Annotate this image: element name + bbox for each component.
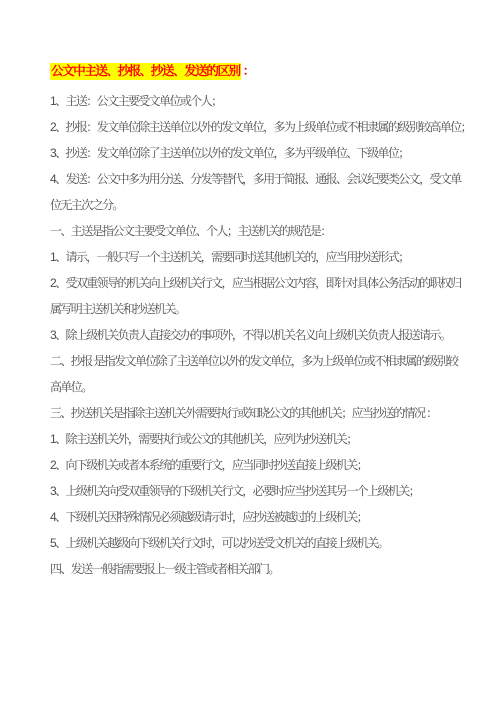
paragraph-line: 4、下级机关因特殊情况必须越级请示时，应抄送被越过的上级机关；: [50, 504, 480, 530]
paragraph-line: 1、除主送机关外，需要执行或公文的其他机关，应列为抄送机关；: [50, 426, 480, 452]
paragraph-line: 5、上级机关越级向下级机关行文时，可以抄送受文机关的直接上级机关。: [50, 530, 480, 556]
paragraph-line: 2、向下级机关或者本系统的重要行文，应当同时抄送直接上级机关；: [50, 452, 480, 478]
paragraph-line: 四、发送一般指需要报上一级主管或者相关部门。: [50, 556, 480, 582]
paragraph-line: 3、抄送：发文单位除了主送单位以外的发文单位，多为平级单位、下级单位；: [50, 140, 480, 166]
paragraph-line: 属写明主送机关和抄送机关。: [50, 296, 480, 322]
document-title-colon: ：: [241, 64, 254, 78]
document-page: 公文中主送、抄报、抄送、发送的区别： 1、主送：公文主要受文单位或个人； 2、抄…: [0, 0, 500, 707]
paragraph-line: 1、请示，一般只写一个主送机关，需要同时送其他机关的，应当用抄送形式；: [50, 244, 480, 270]
paragraph-line: 3、上级机关向受双重领导的下级机关行文，必要时应当抄送其另一个上级机关；: [50, 478, 480, 504]
document-title: 公文中主送、抄报、抄送、发送的区别：: [50, 62, 254, 81]
paragraph-line: 2、抄报：发文单位除主送单位以外的发文单位，多为上级单位或不相隶属的级别较高单位…: [50, 114, 480, 140]
paragraph-line: 4、发送：公文中多为用分送、分发等替代，多用于简报、通报、会议纪要类公文，受文单: [50, 166, 480, 192]
paragraph-line: 三、抄送机关是指除主送机关外需要执行或知晓公文的其他机关；应当抄送的情况 ：: [50, 400, 480, 426]
paragraph-line: 2、受双重领导的机关向上级机关行文，应当根据公文内容，即针对具体公务活动的职权归: [50, 270, 480, 296]
document-body: 1、主送：公文主要受文单位或个人； 2、抄报：发文单位除主送单位以外的发文单位，…: [50, 88, 480, 582]
paragraph-line: 1、主送：公文主要受文单位或个人；: [50, 88, 480, 114]
document-title-highlight: 公文中主送、抄报、抄送、发送的区别: [50, 63, 241, 80]
paragraph-line: 二、抄报 是指发文单位除了主送单位以外的发文单位，多为上级单位或不相隶属的级别较: [50, 348, 480, 374]
paragraph-line: 一、主送是指公文主要受文单位、个人；主送机关的规范是：: [50, 218, 480, 244]
paragraph-line: 3、除上级机关负责人直接交办的事项外，不得以机关名义向上级机关负责人报送请示。: [50, 322, 480, 348]
paragraph-line: 高单位。: [50, 374, 480, 400]
paragraph-line: 位无主次之分。: [50, 192, 480, 218]
